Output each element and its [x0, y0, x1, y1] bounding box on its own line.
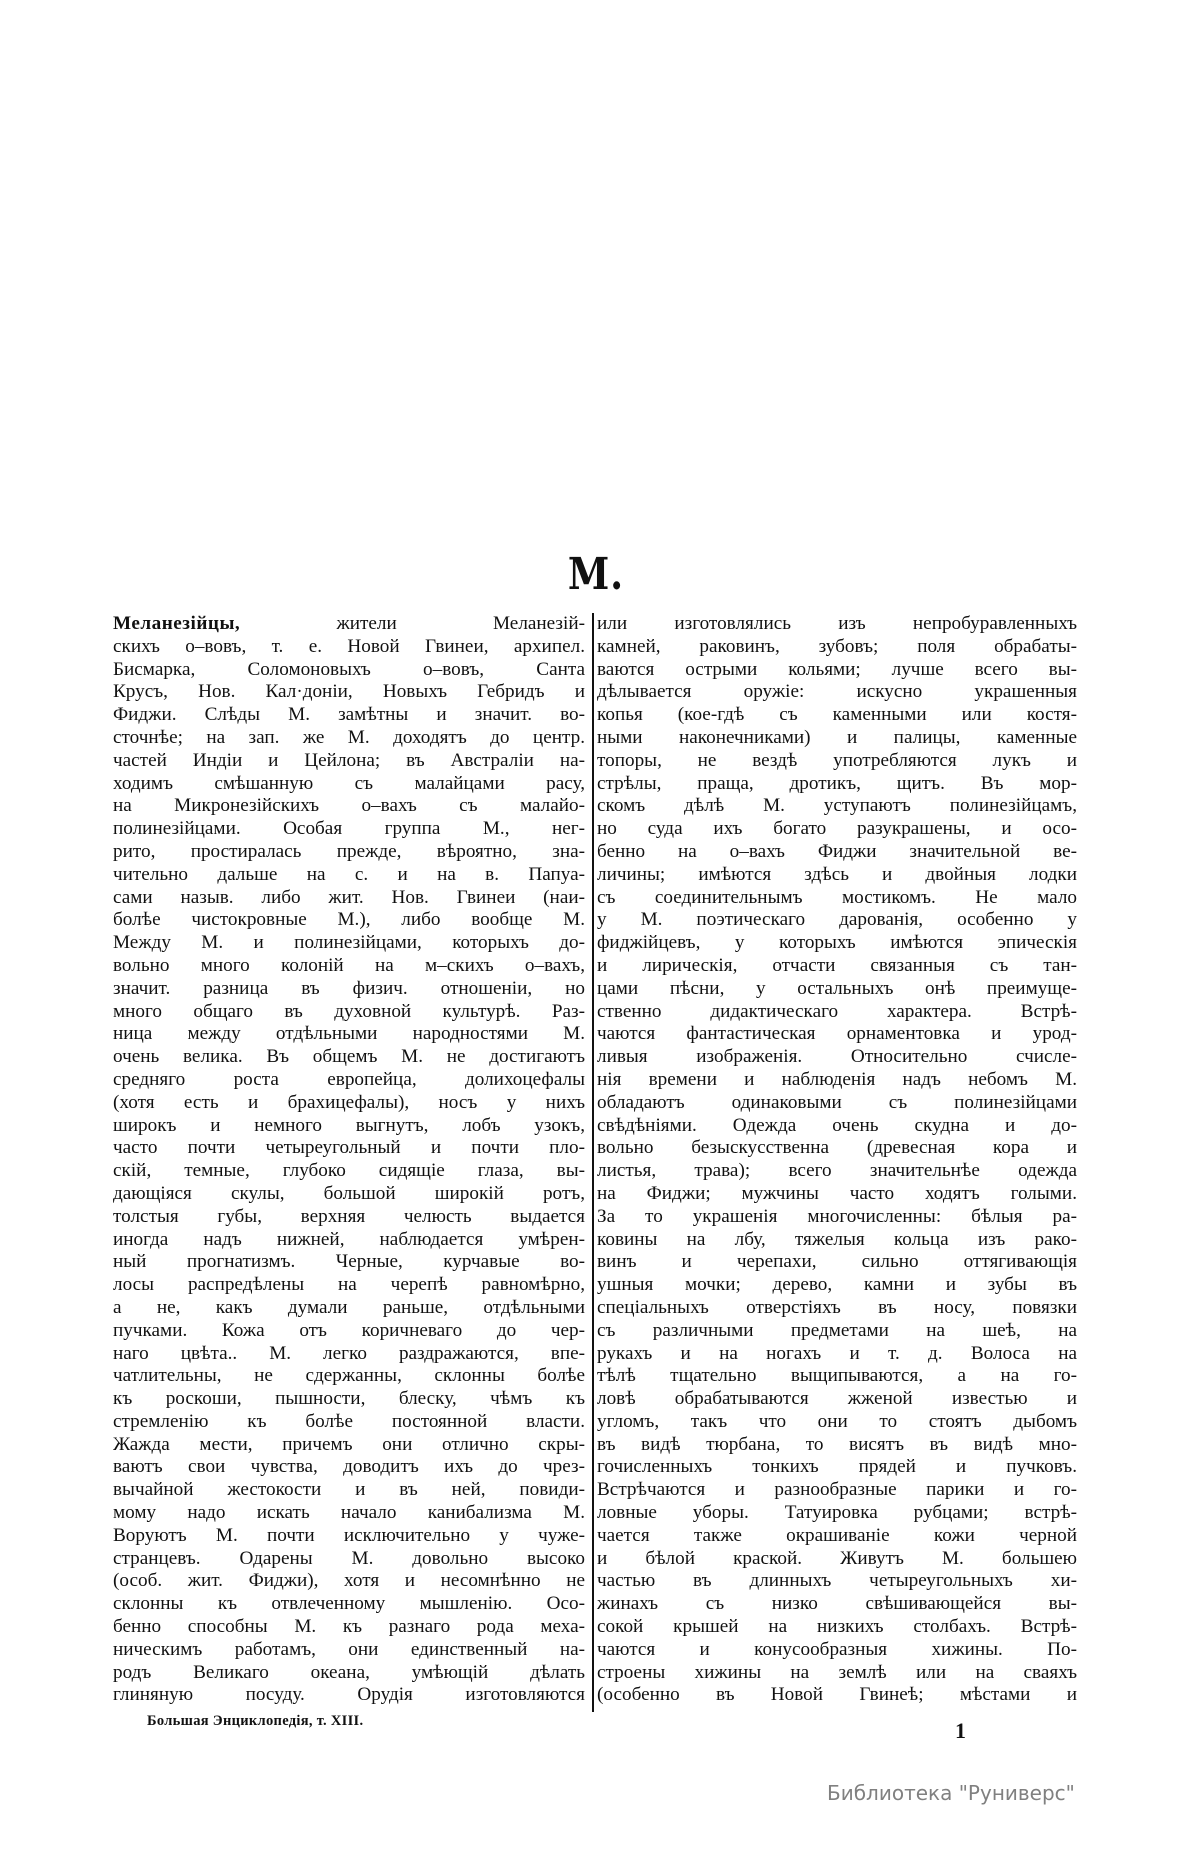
text-line: угломъ, такъ что они то стоятъ дыбомъ [597, 1411, 1077, 1434]
text-line: строены хижины на землѣ или на сваяхъ [597, 1662, 1077, 1685]
text-line: За то украшенія многочисленны: бѣлыя ра- [597, 1206, 1077, 1229]
text-line: чается также окрашиваніе кожи черной [597, 1525, 1077, 1548]
text-line: чаются и конусообразныя хижины. По- [597, 1639, 1077, 1662]
text-line: Меланезійцы, жители Меланезій- [113, 613, 585, 636]
section-letter-heading: М. [89, 553, 1102, 597]
text-line: ушныя мочки; дерево, камни и зубы въ [597, 1274, 1077, 1297]
page-number: 1 [955, 1718, 966, 1744]
text-line: болѣе чистокровные М.), либо вообще М. [113, 909, 585, 932]
text-line-content: жители Меланезій- [240, 613, 585, 634]
text-line: къ роскоши, пышности, блеску, чѣмъ къ [113, 1388, 585, 1411]
text-line: на Микронезійскихъ о–вахъ съ малайо- [113, 795, 585, 818]
text-line: бенно на о–вахъ Фиджи значительной ве- [597, 841, 1077, 864]
text-line: личины; имѣются здѣсь и двойныя лодки [597, 864, 1077, 887]
text-line: широкъ и немного выгнутъ, лобъ узокъ, [113, 1115, 585, 1138]
text-line: ливыя изображенія. Относительно счисле- [597, 1046, 1077, 1069]
text-line: Воруютъ М. почти исключительно у чуже- [113, 1525, 585, 1548]
text-line: Фиджи. Слѣды М. замѣтны и значит. во- [113, 704, 585, 727]
text-line: скомъ дѣлѣ М. уступаютъ полинезійцамъ, [597, 795, 1077, 818]
text-line: фиджійцевъ, у которыхъ имѣются эпическія [597, 932, 1077, 955]
text-line: Бисмарка, Соломоновыхъ о–вовъ, Санта [113, 659, 585, 682]
text-line: ходимъ смѣшанную съ малайцами расу, [113, 773, 585, 796]
text-line: очень велика. Въ общемъ М. не достигаютъ [113, 1046, 585, 1069]
text-line: иногда надъ нижней, наблюдается умѣрен- [113, 1229, 585, 1252]
text-line: рукахъ и на ногахъ и т. д. Волоса на [597, 1343, 1077, 1366]
text-line: листья, трава); всего значительнѣе одежд… [597, 1160, 1077, 1183]
text-line: частью въ длинныхъ четыреугольныхъ хи- [597, 1570, 1077, 1593]
text-line: средняго роста европейца, долихоцефалы [113, 1069, 585, 1092]
right-column: или изготовлялись изъ непробуравленныхък… [597, 613, 1077, 1707]
text-line: ваютъ свои чувства, доводитъ ихъ до чрез… [113, 1456, 585, 1479]
text-line: съ соединительнымъ мостикомъ. Не мало [597, 887, 1077, 910]
text-line: ваются острыми кольями; лучше всего вы- [597, 659, 1077, 682]
text-line: ными наконечниками) и палицы, каменные [597, 727, 1077, 750]
left-column: Меланезійцы, жители Меланезій- скихъ о–в… [113, 613, 585, 1707]
text-line: (хотя есть и брахицефалы), носъ у нихъ [113, 1092, 585, 1115]
text-line: сокой крышей на низкихъ столбахъ. Встрѣ- [597, 1616, 1077, 1639]
text-line: спеціальныхъ отверстіяхъ въ носу, повязк… [597, 1297, 1077, 1320]
text-line: (особенно въ Новой Гвинеѣ; мѣстами и [597, 1684, 1077, 1707]
text-line: ловѣ обрабатываются жженой известью и [597, 1388, 1077, 1411]
text-line: въ видѣ тюрбана, то висятъ въ видѣ мно- [597, 1434, 1077, 1457]
text-line: чатлительны, не сдержанны, склонны болѣе [113, 1365, 585, 1388]
text-line: вольно много колоній на м–скихъ о–вахъ, [113, 955, 585, 978]
text-line: ловные уборы. Татуировка рубцами; встрѣ- [597, 1502, 1077, 1525]
text-line: ный прогнатизмъ. Черные, курчавые во- [113, 1251, 585, 1274]
text-line: и бѣлой краской. Живутъ М. большею [597, 1548, 1077, 1571]
text-line: винъ и черепахи, сильно оттягивающія [597, 1251, 1077, 1274]
text-line: чительно дальше на с. и на в. Папуа- [113, 864, 585, 887]
text-line: значит. разница въ физич. отношеніи, но [113, 978, 585, 1001]
text-line: обладаютъ одинаковыми съ полинезійцами [597, 1092, 1077, 1115]
text-line: пучками. Кожа отъ коричневаго до чер- [113, 1320, 585, 1343]
text-line: Встрѣчаются и разнообразные парики и го- [597, 1479, 1077, 1502]
text-line: на Фиджи; мужчины часто ходятъ голыми. [597, 1183, 1077, 1206]
text-line: странцевъ. Одарены М. довольно высоко [113, 1548, 585, 1571]
volume-footer: Большая Энциклопедія, т. XIII. [147, 1713, 363, 1730]
text-line: вольно безыскусственна (древесная кора и [597, 1137, 1077, 1160]
text-line: жинахъ съ низко свѣшивающейся вы- [597, 1593, 1077, 1616]
text-line: Между М. и полинезійцами, которыхъ до- [113, 932, 585, 955]
text-line: ковины на лбу, тяжелыя кольца изъ рако- [597, 1229, 1077, 1252]
text-line: нія времени и наблюденія надъ небомъ М. [597, 1069, 1077, 1092]
text-line: копья (кое-гдѣ съ каменными или костя- [597, 704, 1077, 727]
text-line: сточнѣе; на зап. же М. доходятъ до центр… [113, 727, 585, 750]
text-line: полинезійцами. Особая группа М., нег- [113, 818, 585, 841]
text-line: дѣлывается оружіе: искусно украшенныя [597, 681, 1077, 704]
text-line: Крусъ, Нов. Кал·доніи, Новыхъ Гебридъ и [113, 681, 585, 704]
text-line: съ различными предметами на шеѣ, на [597, 1320, 1077, 1343]
text-line: но суда ихъ богато разукрашены, и осо- [597, 818, 1077, 841]
article-headword: Меланезійцы, [113, 613, 240, 634]
text-line: а не, какъ думали раньше, отдѣльными [113, 1297, 585, 1320]
text-line: (особ. жит. Фиджи), хотя и несомнѣнно не [113, 1570, 585, 1593]
text-line: ница между отдѣльными народностями М. [113, 1023, 585, 1046]
text-line: мому надо искать начало канибализма М. [113, 1502, 585, 1525]
text-line: частей Индіи и Цейлона; въ Австраліи на- [113, 750, 585, 773]
text-line: вычайной жестокости и въ ней, повиди- [113, 1479, 585, 1502]
text-line: толстыя губы, верхняя челюсть выдается [113, 1206, 585, 1229]
text-line: цами пѣсни, у остальныхъ онѣ преимуще- [597, 978, 1077, 1001]
text-line: Жажда мести, причемъ они отлично скры- [113, 1434, 585, 1457]
text-line: скихъ о–вовъ, т. е. Новой Гвинеи, архипе… [113, 636, 585, 659]
text-line: часто почти четыреугольный и почти пло- [113, 1137, 585, 1160]
text-line: много общаго въ духовной культурѣ. Раз- [113, 1001, 585, 1024]
text-line: или изготовлялись изъ непробуравленныхъ [597, 613, 1077, 636]
text-line: ственно дидактическаго характера. Встрѣ- [597, 1001, 1077, 1024]
text-line: глиняную посуду. Орудія изготовляются [113, 1684, 585, 1707]
text-line: родъ Великаго океана, умѣющій дѣлать [113, 1662, 585, 1685]
text-line: тѣлѣ тщательно выщипываются, а на го- [597, 1365, 1077, 1388]
text-line: стрѣлы, праща, дротикъ, щитъ. Въ мор- [597, 773, 1077, 796]
text-line: стремленію къ болѣе постоянной власти. [113, 1411, 585, 1434]
text-line: наго цвѣта.. М. легко раздражаются, впе- [113, 1343, 585, 1366]
text-line: склонны къ отвлеченному мышленію. Осо- [113, 1593, 585, 1616]
library-watermark: Библиотека "Руниверс" [827, 1781, 1075, 1805]
text-line: свѣдѣніями. Одежда очень скудна и до- [597, 1115, 1077, 1138]
text-line: скій, темные, глубоко сидящіе глаза, вы- [113, 1160, 585, 1183]
text-line: топоры, не вездѣ употребляются лукъ и [597, 750, 1077, 773]
text-line: чаются фантастическая орнаментовка и уро… [597, 1023, 1077, 1046]
text-line: дающіяся скулы, большой широкій ротъ, [113, 1183, 585, 1206]
text-line: камней, раковинъ, зубовъ; поля обрабаты- [597, 636, 1077, 659]
text-line: бенно способны М. къ разнаго рода меха- [113, 1616, 585, 1639]
text-line: гочисленныхъ тонкихъ прядей и пучковъ. [597, 1456, 1077, 1479]
text-line: сами назыв. либо жит. Нов. Гвинеи (наи- [113, 887, 585, 910]
text-line: лосы распредѣлены на черепѣ равномѣрно, [113, 1274, 585, 1297]
column-divider [592, 613, 594, 1712]
text-line: рито, простиралась прежде, вѣроятно, зна… [113, 841, 585, 864]
text-line: ническимъ работамъ, они единственный на- [113, 1639, 585, 1662]
text-line: у М. поэтическаго дарованія, особенно у [597, 909, 1077, 932]
text-line: и лирическія, отчасти связанныя съ тан- [597, 955, 1077, 978]
